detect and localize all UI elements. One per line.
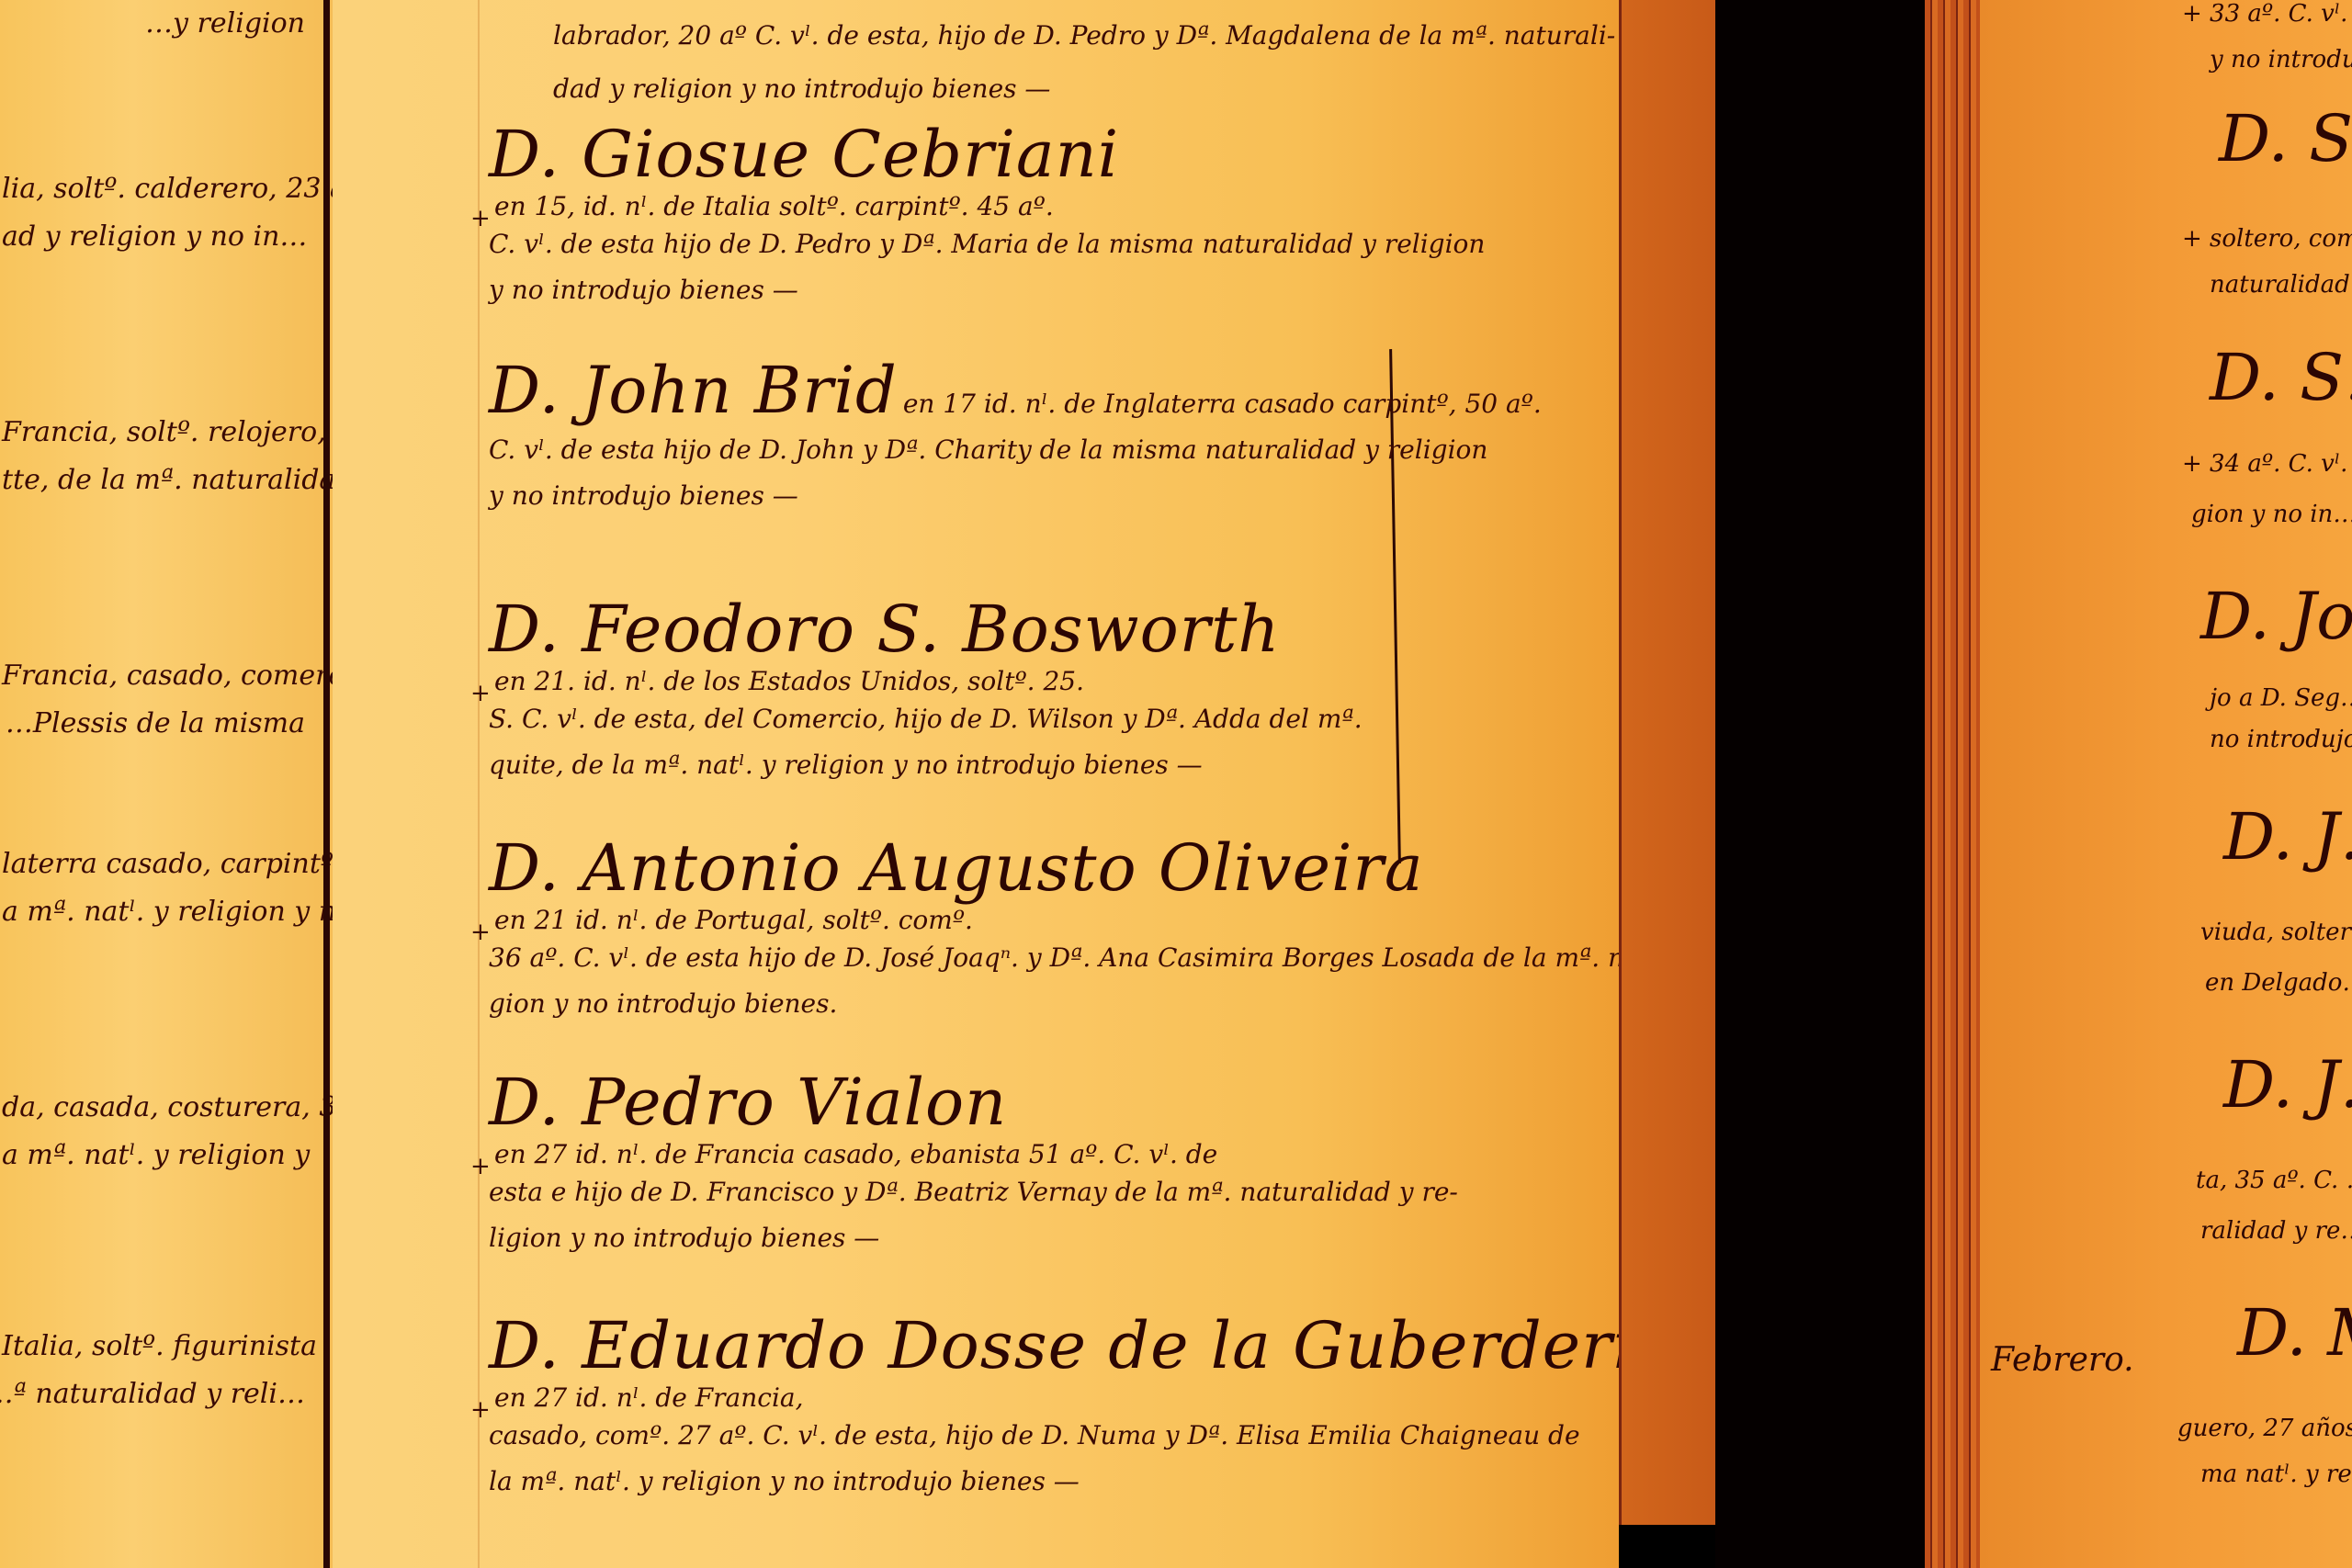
text-line: S. C. vˡ. de esta, del Comercio, hijo de… (489, 696, 1591, 742)
entry-name: D. John Brid (489, 354, 898, 427)
entry-name: D. Pedro Vialon (489, 1066, 1007, 1139)
text-line: C. vˡ. de esta hijo de D. Pedro y Dª. Ma… (489, 221, 1591, 267)
right-entry-name: D. M… (2237, 1295, 2352, 1371)
margin-cross-mark: + (470, 919, 491, 946)
page-stack-edges (1925, 0, 1980, 1568)
left-text-line: …lia, soltº. calderero, 23.aº (0, 165, 305, 213)
margin-cross-mark: + (470, 1153, 491, 1180)
left-text-line: …ª naturalidad y reli… (0, 1371, 305, 1418)
right-text-line: ta, 35 aº. C. … (2196, 1167, 2352, 1194)
right-text-line: ma natˡ. y re… (2200, 1461, 2352, 1488)
text-line: esta e hijo de D. Francisco y Dª. Beatri… (489, 1169, 1591, 1215)
left-page-fragment: …y religion …lia, soltº. calderero, 23.a… (0, 0, 333, 1568)
margin-cross-mark: + (470, 680, 491, 707)
right-entry-name: D. S… (2219, 101, 2352, 176)
entry-details: en 21 id. nˡ. de Portugal, soltº. comº. (494, 905, 973, 935)
right-text-line: no introdujo… (2210, 726, 2352, 753)
registry-entry: D. Antonio Augusto Oliveiraen 21 id. nˡ.… (489, 831, 1591, 1027)
registry-entry: D. Feodoro S. Bosworthen 21. id. nˡ. de … (489, 592, 1591, 788)
text-line: y no introdujo bienes — (489, 267, 1591, 313)
right-text-line: viuda, soltero,… (2200, 919, 2352, 946)
entry-details: en 17 id. nˡ. de Inglaterra casado carpi… (903, 389, 1542, 419)
left-text-line: …tte, de la mª. naturalidad (0, 457, 305, 504)
text-line: casado, comº. 27 aº. C. vˡ. de esta, hij… (489, 1413, 1591, 1459)
left-text-line: …ad y religion y no in… (0, 213, 305, 261)
left-text-line: …a mª. natˡ. y religion y no (0, 888, 305, 936)
text-line: dad y religion y no introdujo bienes — (553, 62, 1619, 116)
entry-name: D. Feodoro S. Bosworth (489, 592, 1280, 666)
entry-name: D. Eduardo Dosse de la Guberderie (489, 1309, 1619, 1382)
left-text-line: …da, casada, costurera, 30. (0, 1084, 305, 1132)
registry-entry: D. John Briden 17 id. nˡ. de Inglaterra … (489, 354, 1591, 519)
right-text-line: guero, 27 años, (2177, 1415, 2352, 1442)
right-text-line: + 33 aº. C. vˡ. d… (2182, 0, 2352, 28)
right-entry-name: D. J… (2223, 799, 2352, 874)
text-line: ligion y no introdujo bienes — (489, 1215, 1591, 1261)
left-text-line: …Francia, soltº. relojero, (0, 409, 305, 457)
margin-cross-mark: + (470, 1396, 491, 1424)
right-text-line: jo a D. Seg… (2210, 684, 2352, 712)
right-page-fragment: + 33 aº. C. vˡ. d… y no introdu… D. S… +… (1980, 0, 2352, 1568)
month-label: Febrero. (1991, 1341, 2134, 1379)
left-text-line: …y religion (0, 0, 305, 48)
right-entry-name: D. Jo… (2200, 579, 2352, 654)
right-text-line: y no introdu… (2210, 46, 2352, 73)
entry-name: D. Antonio Augusto Oliveira (489, 831, 1424, 905)
right-text-line: ralidad y re… (2200, 1217, 2352, 1245)
entry-details: en 27 id. nˡ. de Francia, (494, 1382, 804, 1413)
left-text-line: …a mª. natˡ. y religion y (0, 1132, 305, 1179)
registry-entry: D. Pedro Vialonen 27 id. nˡ. de Francia … (489, 1066, 1591, 1261)
previous-entry-continuation: labrador, 20 aº C. vˡ. de esta, hijo de … (553, 9, 1619, 116)
text-line: labrador, 20 aº C. vˡ. de esta, hijo de … (553, 9, 1619, 62)
book-gutter-shadow (1715, 0, 1925, 1568)
right-entry-name: D. S… (2210, 340, 2352, 415)
left-text-line: …Francia, casado, comercio, (0, 652, 305, 700)
right-text-line: naturalidad… (2210, 271, 2352, 299)
entry-details: en 27 id. nˡ. de Francia casado, ebanist… (494, 1139, 1217, 1169)
right-text-line: + 34 aº. C. vˡ. de… (2182, 450, 2352, 478)
text-line: C. vˡ. de esta hijo de D. John y Dª. Cha… (489, 427, 1591, 473)
right-text-line: + soltero, come… (2182, 225, 2352, 253)
text-line: 36 aº. C. vˡ. de esta hijo de D. José Jo… (489, 935, 1591, 981)
left-text-line: …Italia, soltº. figurinista (0, 1323, 305, 1371)
right-text-line: gion y no in… (2191, 501, 2352, 528)
right-text-line: en Delgado… (2205, 969, 2352, 997)
left-text-line: …Plessis de la misma (0, 700, 305, 748)
margin-line (478, 0, 480, 1568)
text-line: y no introdujo bienes — (489, 473, 1591, 519)
page-edge-strip (1619, 0, 1718, 1525)
entry-details: en 15, id. nˡ. de Italia soltº. carpintº… (494, 191, 1054, 221)
entry-name: D. Giosue Cebriani (489, 118, 1119, 191)
text-line: gion y no introdujo bienes. (489, 981, 1591, 1027)
left-text-line: …laterra casado, carpintº. (0, 840, 305, 888)
text-line: la mª. natˡ. y religion y no introdujo b… (489, 1459, 1591, 1505)
right-entry-name: D. J… (2223, 1047, 2352, 1122)
main-ledger-page: labrador, 20 aº C. vˡ. de esta, hijo de … (333, 0, 1619, 1568)
text-line: quite, de la mª. natˡ. y religion y no i… (489, 742, 1591, 788)
column-rule-line (323, 0, 330, 1568)
registry-entry: D. Eduardo Dosse de la Guberderieen 27 i… (489, 1309, 1591, 1505)
entry-details: en 21. id. nˡ. de los Estados Unidos, so… (494, 666, 1084, 696)
registry-entry: D. Giosue Cebrianien 15, id. nˡ. de Ital… (489, 118, 1591, 313)
margin-cross-mark: + (470, 205, 491, 232)
